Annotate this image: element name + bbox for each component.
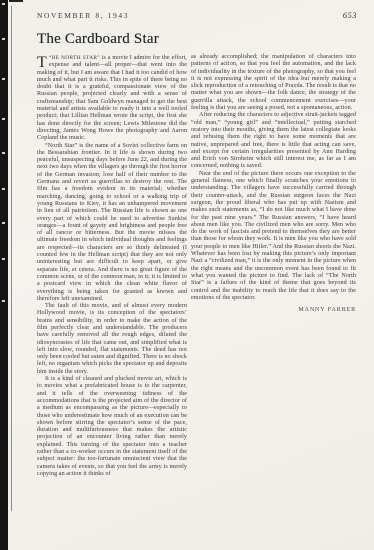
article-paragraph: After reducing the characters to adjecti… bbox=[191, 112, 356, 170]
scan-artifact bbox=[9, 0, 23, 2]
article-title: The Cardboard Star bbox=[37, 30, 187, 48]
scan-artifact bbox=[2, 188, 5, 190]
page-edge-line bbox=[11, 6, 12, 511]
right-column: as already accomplished; the manipulatio… bbox=[191, 54, 356, 320]
lead-smallcaps: “​HE NORTH STAR” bbox=[49, 55, 100, 61]
article-paragraph: as already accomplished; the manipulatio… bbox=[191, 54, 356, 112]
article-paragraph: T“​HE NORTH STAR” is a movie I admire fo… bbox=[37, 55, 187, 143]
article-paragraph: It is a kind of cleaned and plucked movi… bbox=[37, 376, 187, 478]
article-paragraph: The fault of this movie, and of almost e… bbox=[37, 303, 187, 376]
scan-artifact bbox=[2, 118, 5, 120]
page-number: 653 bbox=[343, 10, 357, 20]
left-column: The Cardboard Star T“​HE NORTH STAR” is … bbox=[37, 30, 187, 478]
scan-artifact bbox=[2, 152, 5, 154]
scan-artifact bbox=[2, 300, 5, 302]
scan-artifact bbox=[2, 38, 5, 40]
scan-artifact bbox=[2, 78, 5, 80]
scan-artifact bbox=[2, 3, 5, 5]
magazine-page: NOVEMBER 8, 1943 653 The Cardboard Star … bbox=[0, 0, 374, 550]
scan-gutter bbox=[0, 0, 8, 550]
article-paragraph: Near the end of the picture there occurs… bbox=[191, 171, 356, 302]
scan-artifact bbox=[2, 222, 5, 224]
scan-artifact bbox=[2, 258, 5, 260]
drop-cap: T bbox=[37, 55, 49, 69]
article-paragraph: “North Star” is the name of a Soviet col… bbox=[37, 143, 187, 304]
paragraph-text: is a movie I admire for the effort, expe… bbox=[37, 55, 187, 141]
running-head: NOVEMBER 8, 1943 653 bbox=[37, 10, 357, 20]
issue-date: NOVEMBER 8, 1943 bbox=[37, 11, 129, 20]
author-byline: MANNY FARBER bbox=[191, 307, 356, 314]
